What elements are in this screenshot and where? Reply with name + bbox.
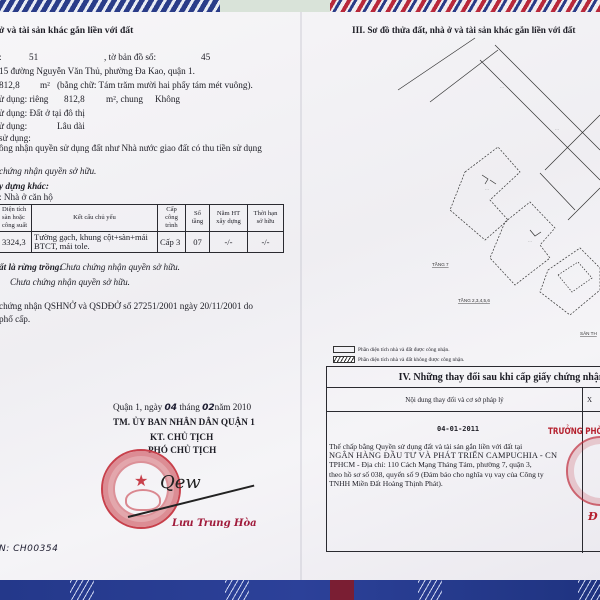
- header-grade: Cấp công trình: [158, 205, 186, 232]
- entry-line-3: TPHCM - Địa chỉ: 110 Cách Mạng Tháng Tám…: [329, 460, 581, 469]
- place-date: Quận 1, ngày 04 tháng 02năm 2010: [113, 402, 251, 414]
- day-handwritten: 04: [165, 403, 178, 413]
- plan-label-terrace: SÂN TH: [580, 330, 597, 336]
- top-border-band: [0, 0, 600, 12]
- house-status: chứng nhận quyền sở hữu.: [0, 166, 96, 177]
- entry-line-2: NGÂN HÀNG ĐẦU TƯ VÀ PHÁT TRIỂN CAMPUCHIA…: [329, 451, 581, 460]
- bottom-border-band: [0, 580, 600, 600]
- forest-value: Chưa chứng nhận quyền sở hữu.: [60, 262, 180, 273]
- registry-office-signature: Đ: [588, 510, 598, 523]
- entry-line-5: TNHH Miền Đất Hoàng Thịnh Phát).: [329, 479, 581, 488]
- header-year-built: Năm HT xây dựng: [210, 205, 248, 232]
- svg-text:…: …: [555, 126, 559, 131]
- month-handwritten: 02: [202, 403, 215, 413]
- year-label: năm 2010: [215, 402, 252, 412]
- cell-grade: Cấp 3: [158, 232, 186, 253]
- other-construction-heading: y dựng khác:: [0, 181, 49, 192]
- month-label: tháng: [179, 402, 199, 412]
- origin-value: ông nhận quyền sử dụng đất như Nhà nước …: [0, 143, 262, 154]
- left-section-heading: ở và tài sản khác gắn liền với đất: [0, 25, 133, 36]
- area-in-words: (bằng chữ: Tám trăm mười hai phẩy tám mé…: [57, 80, 253, 91]
- changes-column-confirm: X: [583, 388, 600, 412]
- star-icon: ★: [134, 471, 148, 491]
- perennial-value: Chưa chứng nhận quyền sở hữu.: [10, 277, 130, 288]
- changes-column-content: Nội dung thay đổi và cơ sở pháp lý: [327, 388, 583, 412]
- area-unit: m²: [40, 80, 50, 91]
- changes-title: IV. Những thay đổi sau khi cấp giấy chứn…: [327, 367, 600, 388]
- plan-label-floors-2-6: TẦNG 2,3,4,5,6: [458, 297, 490, 303]
- note-line-2: phố cấp.: [0, 314, 30, 325]
- header-floor-area: Diện tích sàn hoặc công suất: [0, 205, 32, 232]
- table-row: 3324,3 Tường gạch, khung cột+sàn+mái BTC…: [0, 232, 284, 253]
- signature: Qew: [160, 472, 201, 493]
- house-type: : Nhà ở căn hộ: [0, 192, 53, 203]
- table-header-row: Diện tích sàn hoặc công suất Kết cấu chủ…: [0, 205, 284, 232]
- map-sheet-number: 45: [201, 52, 210, 63]
- address: 15 đường Nguyễn Văn Thủ, phường Đa Kao, …: [0, 66, 195, 77]
- bottom-red-stripe: [330, 580, 354, 600]
- area-value: 812,8: [0, 80, 20, 91]
- forest-label: ất là rừng trồng:: [0, 262, 62, 273]
- changes-entry: 04-01-2011 Thế chấp bằng Quyền sử dụng đ…: [327, 412, 583, 553]
- issuing-org: TM. ỦY BAN NHÂN DÂN QUẬN 1: [113, 417, 255, 428]
- term-value: Lâu dài: [57, 121, 85, 132]
- legend-swatch-recognized: [333, 346, 355, 353]
- entry-date: 04-01-2011: [437, 425, 479, 433]
- use-form-label: ử dụng: riêng: [0, 94, 48, 105]
- land-purpose: ử dụng: Đất ở tại đô thị: [0, 108, 85, 119]
- top-border-center: [220, 0, 330, 12]
- header-ownership-term: Thời hạn sở hữu: [248, 205, 284, 232]
- term-label: ử dụng:: [0, 121, 27, 132]
- registry-office-stamp-heading: TRƯỞNG PHÒNG: [548, 427, 600, 437]
- signer-name: Lưu Trung Hòa: [172, 518, 257, 529]
- map-sheet-label: , tờ bản đồ số:: [104, 52, 156, 63]
- top-border-right: [330, 0, 600, 12]
- cell-floors: 07: [186, 232, 210, 253]
- parcel-number: 51: [29, 52, 38, 63]
- entry-line-1: Thế chấp bằng Quyền sử dụng đất và tài s…: [329, 442, 581, 451]
- bottom-hatch-1: [70, 580, 94, 600]
- entry-line-4: theo hồ sơ số 038, quyển số 9 (Đảm bảo c…: [329, 470, 581, 479]
- signer-role-1: KT. CHỦ TỊCH: [150, 432, 213, 443]
- bottom-hatch-4: [578, 580, 600, 600]
- cell-structure: Tường gạch, khung cột+sàn+mái BTCT, mái …: [32, 232, 158, 253]
- header-floors: Số tầng: [186, 205, 210, 232]
- svg-text:…: …: [500, 84, 504, 89]
- page-fold: [300, 12, 302, 580]
- note-line-1: chứng nhận QSHNỞ và QSDĐỞ số 27251/2001 …: [0, 301, 253, 312]
- svg-text:…: …: [528, 238, 532, 243]
- cell-ownership-term: -/-: [248, 232, 284, 253]
- registry-number: N: CH00354: [0, 544, 58, 554]
- parcel-floor-plan: … … … … TẦNG 7 TẦNG 2,3,4,5,6 SÂN TH: [330, 30, 600, 340]
- parcel-label: :: [0, 52, 2, 63]
- bottom-hatch-2: [225, 580, 249, 600]
- use-common-value: Không: [155, 94, 180, 105]
- bottom-hatch-3: [418, 580, 442, 600]
- use-private-area: 812,8: [64, 94, 85, 105]
- header-structure: Kết cấu chủ yếu: [32, 205, 158, 232]
- svg-text:…: …: [485, 186, 489, 191]
- emblem-icon: [125, 489, 161, 511]
- construction-table: Diện tích sàn hoặc công suất Kết cấu chủ…: [0, 204, 284, 253]
- entry-text: Thế chấp bằng Quyền sử dụng đất và tài s…: [329, 442, 581, 488]
- legend-swatch-unrecognized: [333, 356, 355, 363]
- place-date-prefix: Quận 1, ngày: [113, 402, 162, 412]
- changes-section: IV. Những thay đổi sau khi cấp giấy chứn…: [326, 366, 600, 552]
- legend-text-unrecognized: Phần diện tích nhà và đất không được côn…: [358, 357, 464, 363]
- plan-label-floor-7: TẦNG 7: [432, 261, 449, 267]
- cell-floor-area: 3324,3: [0, 232, 32, 253]
- use-common-label: m², chung: [106, 94, 143, 105]
- legend-text-recognized: Phần diện tích nhà và đất được công nhận…: [358, 347, 450, 353]
- cell-year-built: -/-: [210, 232, 248, 253]
